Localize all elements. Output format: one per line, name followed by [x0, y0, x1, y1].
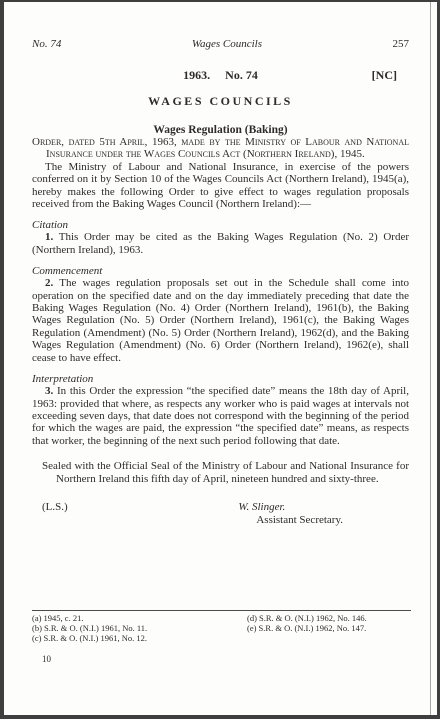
section-number: 2.	[45, 277, 53, 289]
page-content: No. 74 Wages Councils 257 1963. No. 74 […	[4, 2, 437, 527]
intro-paragraph: The Ministry of Labour and National Insu…	[32, 161, 409, 211]
section-body: The wages regulation proposals set out i…	[32, 277, 409, 363]
running-header: No. 74 Wages Councils 257	[32, 2, 409, 50]
header-series-name: Wages Councils	[192, 38, 262, 50]
footnote-column-left: (a) 1945, c. 21. (b) S.R. & O. (N.I.) 19…	[32, 614, 247, 643]
header-page-number: 257	[393, 38, 410, 50]
section-heading-citation: Citation	[32, 219, 409, 231]
section-body: In this Order the expression “the specif…	[32, 385, 409, 447]
section-body: This Order may be cited as the Baking Wa…	[32, 231, 409, 255]
section-heading-interpretation: Interpretation	[32, 373, 409, 385]
section-number: 3.	[45, 385, 53, 397]
footnote-area: (a) 1945, c. 21. (b) S.R. & O. (N.I.) 19…	[32, 610, 411, 664]
signatory-title: Assistant Secretary.	[238, 514, 343, 526]
title-year: 1963.	[183, 68, 210, 82]
footnote-rule	[32, 610, 411, 611]
sealed-clause: Sealed with the Official Seal of the Min…	[56, 460, 409, 486]
footnote-column-right: (d) S.R. & O. (N.I.) 1962, No. 146. (e) …	[247, 614, 367, 643]
scanned-document-page: No. 74 Wages Councils 257 1963. No. 74 […	[0, 0, 440, 719]
section-paragraph-commencement: 2. The wages regulation proposals set ou…	[32, 277, 409, 364]
section-paragraph-citation: 1. This Order may be cited as the Baking…	[32, 231, 409, 256]
nc-tag: [NC]	[372, 68, 397, 83]
series-title: WAGES COUNCILS	[32, 94, 409, 109]
order-preamble: Order, dated 5th April, 1963, made by th…	[32, 136, 409, 161]
footnote-c: (c) S.R. & O. (N.I.) 1961, No. 12.	[32, 634, 247, 644]
signatory-name: W. Slinger.	[238, 501, 285, 513]
title-line: 1963. No. 74 [NC]	[32, 68, 409, 83]
title-order-number: No. 74	[225, 68, 258, 82]
document-subtitle: Wages Regulation (Baking)	[32, 124, 409, 136]
section-paragraph-interpretation: 3. In this Order the expression “the spe…	[32, 385, 409, 447]
seal-mark: (L.S.)	[42, 501, 68, 527]
section-number: 1.	[45, 231, 53, 243]
signature-block: W. Slinger. Assistant Secretary.	[238, 501, 343, 527]
footnote-columns: (a) 1945, c. 21. (b) S.R. & O. (N.I.) 19…	[32, 614, 411, 643]
section-heading-commencement: Commencement	[32, 265, 409, 277]
signature-row: (L.S.) W. Slinger. Assistant Secretary.	[32, 501, 409, 527]
header-order-number: No. 74	[32, 38, 61, 50]
footnote-e: (e) S.R. & O. (N.I.) 1962, No. 147.	[247, 624, 367, 634]
folio-page-number: 10	[42, 654, 411, 664]
